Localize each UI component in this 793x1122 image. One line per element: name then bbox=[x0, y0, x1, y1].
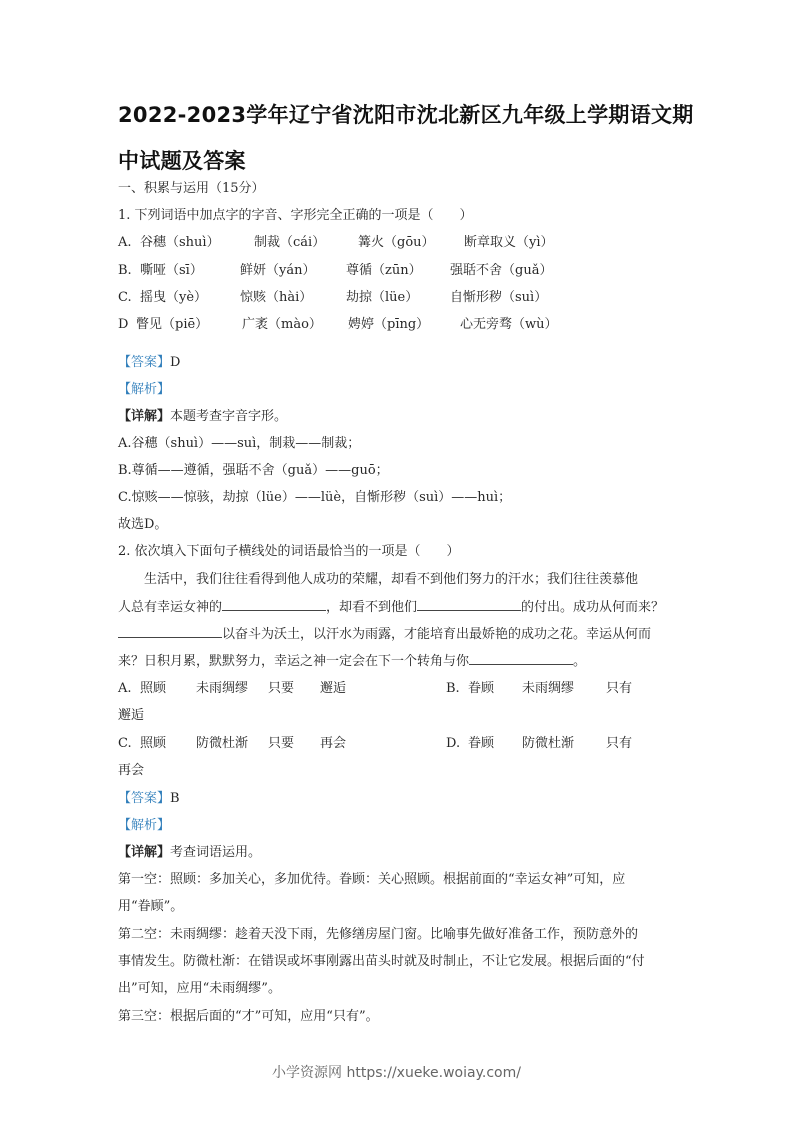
q2-detail: 【详解】考查词语运用。 bbox=[118, 844, 261, 862]
detail-label: 【详解】 bbox=[118, 845, 170, 860]
q2-passage-line-3: 以奋斗为沃土，以汗水为雨露，才能培育出最娇艳的成功之花。幸运从何而 bbox=[118, 625, 651, 644]
q1-d-item-2: 广袤（mào） bbox=[242, 316, 322, 334]
q2-explanation-4: 事情发生。防微杜渐：在错误或坏事刚露出苗头时就及时制止，不让它发展。根据后面的“… bbox=[118, 953, 645, 971]
q1-a-item-3: 篝火（gōu） bbox=[358, 234, 435, 252]
q1-c-item-3: 劫掠（lüe） bbox=[346, 289, 418, 307]
q1-b-item-1: 嘶哑（sī） bbox=[140, 262, 203, 280]
q1-answer: 【答案】D bbox=[118, 354, 180, 372]
answer-label: 【答案】 bbox=[118, 355, 170, 370]
title-line-2: 中试题及答案 bbox=[118, 138, 698, 184]
fill-blank-4 bbox=[469, 652, 573, 665]
q1-c-item-4: 自惭形秽（suì） bbox=[450, 289, 547, 307]
q1-explanation-c: C.惊赅——惊骇，劫掠（lüe）——lüè，自惭形秽（suì）——huì； bbox=[118, 489, 511, 507]
q2-passage-line-1: 生活中，我们往往看得到他人成功的荣耀，却看不到他们努力的汗水；我们往往羡慕他 bbox=[144, 571, 638, 589]
section-heading: 一、积累与运用（15分） bbox=[118, 180, 265, 198]
fill-blank-2 bbox=[417, 598, 521, 611]
q2-option-d-wrap: 再会 bbox=[118, 762, 144, 780]
fill-blank-1 bbox=[222, 598, 326, 611]
q2-passage-line-4: 来？日积月累，默默努力，幸运之神一定会在下一个转角与你。 bbox=[118, 652, 586, 671]
q1-b-item-3: 尊循（zūn） bbox=[346, 262, 422, 280]
q1-d-item-3: 娉婷（pīng） bbox=[348, 316, 429, 334]
answer-label: 【答案】 bbox=[118, 791, 170, 806]
q1-b-item-2: 鲜妍（yán） bbox=[240, 262, 315, 280]
footer-watermark: 小学资源网 https://xueke.woiay.com/ bbox=[0, 1062, 793, 1082]
q1-d-item-4: 心无旁骛（wù） bbox=[460, 316, 558, 334]
q1-explanation-a: A.谷穗（shuì）——suì，制栽——制裁； bbox=[118, 435, 360, 453]
q1-explanation-b: B.尊循——遵循，强聒不舍（guǎ）——guō； bbox=[118, 462, 389, 480]
q2-answer: 【答案】B bbox=[118, 790, 180, 808]
answer-value: B bbox=[170, 791, 180, 806]
q1-stem: 1. 下列词语中加点字的字音、字形完全正确的一项是（ ） bbox=[118, 207, 473, 225]
q1-a-item-4: 断章取义（yì） bbox=[464, 234, 554, 252]
q2-analysis-label: 【解析】 bbox=[118, 817, 170, 835]
q2-explanation-1: 第一空：照顾：多加关心，多加优待。眷顾：关心照顾。根据前面的“幸运女神”可知，应 bbox=[118, 871, 625, 889]
q1-analysis-label: 【解析】 bbox=[118, 381, 170, 399]
q1-b-item-4: 强聒不舍（guǎ） bbox=[450, 262, 552, 280]
document-title: 2022-2023学年辽宁省沈阳市沈北新区九年级上学期语文期 中试题及答案 bbox=[118, 92, 698, 184]
q1-detail: 【详解】本题考查字音字形。 bbox=[118, 408, 287, 426]
document-page: 2022-2023学年辽宁省沈阳市沈北新区九年级上学期语文期 中试题及答案 一、… bbox=[0, 0, 793, 1122]
q2-option-b-wrap: 邂逅 bbox=[118, 707, 144, 725]
q2-passage-line-2: 人总有幸运女神的，却看不到他们的付出。成功从何而来？ bbox=[118, 598, 664, 617]
q1-c-item-1: 摇曳（yè） bbox=[140, 289, 207, 307]
q2-explanation-6: 第三空：根据后面的“才”可知，应用“只有”。 bbox=[118, 1008, 379, 1026]
q1-conclusion: 故选D。 bbox=[118, 516, 167, 534]
q2-explanation-5: 出”可知，应用“未雨绸缪”。 bbox=[118, 980, 281, 998]
q1-d-item-1: 瞥见（piē） bbox=[136, 316, 208, 334]
fill-blank-3 bbox=[118, 625, 222, 638]
q1-c-item-2: 惊赅（hài） bbox=[240, 289, 312, 307]
q1-a-item-1: 谷穗（shuì） bbox=[140, 234, 220, 252]
q1-a-item-2: 制裁（cái） bbox=[254, 234, 325, 252]
q2-explanation-2: 用“眷顾”。 bbox=[118, 898, 183, 916]
answer-value: D bbox=[170, 355, 180, 370]
q2-explanation-3: 第二空：未雨绸缪：趁着天没下雨，先修缮房屋门窗。比喻事先做好准备工作，预防意外的 bbox=[118, 926, 638, 944]
q2-stem: 2. 依次填入下面句子横线处的词语最恰当的一项是（ ） bbox=[118, 543, 460, 561]
title-line-1: 2022-2023学年辽宁省沈阳市沈北新区九年级上学期语文期 bbox=[118, 92, 698, 138]
detail-label: 【详解】 bbox=[118, 409, 170, 424]
